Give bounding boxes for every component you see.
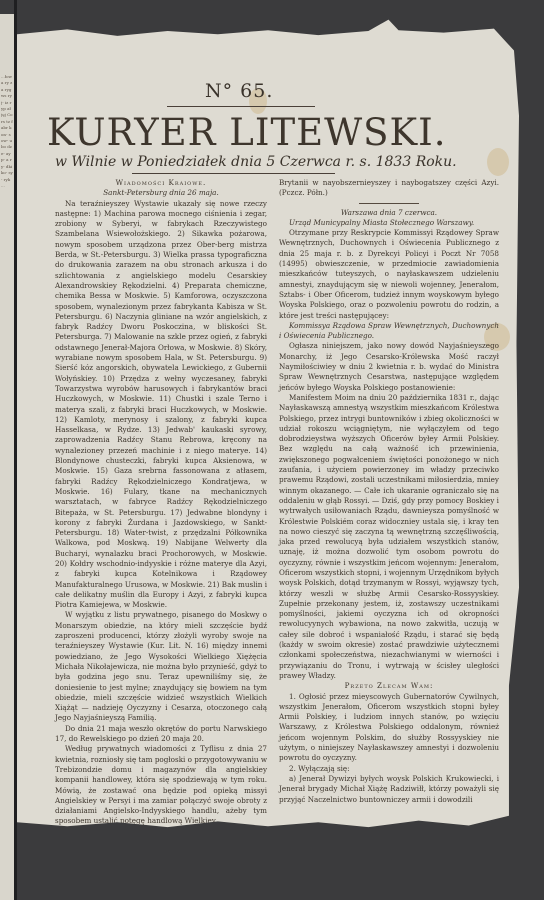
order-item: 1. Ogłosić przez mieyscowych Gubernatoró…: [279, 692, 499, 764]
issue-number: N° 65.: [205, 80, 273, 102]
order-item: 2. Wyłączają się:: [279, 764, 499, 774]
masthead-rule-top: [167, 106, 315, 107]
article-paragraph: W wyjątku z listu prywatnego, pisanego d…: [55, 610, 267, 723]
article-paragraph: Manifestem Moim na dniu 20 października …: [279, 393, 499, 681]
section-heading: Wiadomości Kraiowe.: [55, 178, 267, 188]
article-dateline: Sankt-Petersburg dnia 26 maja.: [55, 188, 267, 198]
article-dateline: Warszawa dnia 7 czerwca.: [279, 208, 499, 218]
order-item: a) Jenerał Dywizyi byłych woysk Polskich…: [279, 774, 499, 805]
order-heading: Przeto Zlecam Wam:: [279, 681, 499, 691]
article-paragraph: Otrzymane przy Reskrypcie Kommissyi Rząd…: [279, 228, 499, 321]
masthead-rule-bottom: [132, 173, 335, 174]
article-column-right: Brytanii w nayobszernieyszey i naybogats…: [279, 178, 499, 805]
newspaper-title: KURYER LITEWSKI.: [47, 111, 447, 154]
article-subheading: Urząd Municypalny Miasta Stołecznego War…: [279, 218, 499, 228]
adjacent-page-edge: ...łowa ry za ryg ws ryj- iz ryp ał jęj …: [0, 14, 14, 900]
issue-dateline: w Wilnie w Poniedziałek dnia 5 Czerwca r…: [55, 154, 457, 170]
article-continuation: Brytanii w nayobszernieyszey i naybogats…: [279, 178, 499, 199]
newspaper-page: N° 65. KURYER LITEWSKI. w Wilnie w Ponie…: [17, 18, 519, 832]
article-paragraph: Ogłasza niniejszem, jako nowy dowód Nayj…: [279, 341, 499, 392]
article-paragraph: Na teraźnieyszey Wystawie ukazały się no…: [55, 199, 267, 611]
article-paragraph: Według prywatnych wiadomości z Tyflisu z…: [55, 744, 267, 826]
commission-heading: Kommissya Rządowa Spraw Wewnętrznych, Du…: [279, 321, 499, 342]
article-column-left: Wiadomości Kraiowe. Sankt-Petersburg dni…: [55, 178, 267, 827]
article-separator: [359, 203, 419, 204]
article-paragraph: Do dnia 21 maja weszło okrętów do portu …: [55, 724, 267, 745]
binding-spine: [14, 0, 17, 900]
adjacent-page-text: ...łowa ry za ryg ws ryj- iz ryp ał jęj …: [1, 74, 13, 774]
paper-stain: [487, 148, 509, 176]
